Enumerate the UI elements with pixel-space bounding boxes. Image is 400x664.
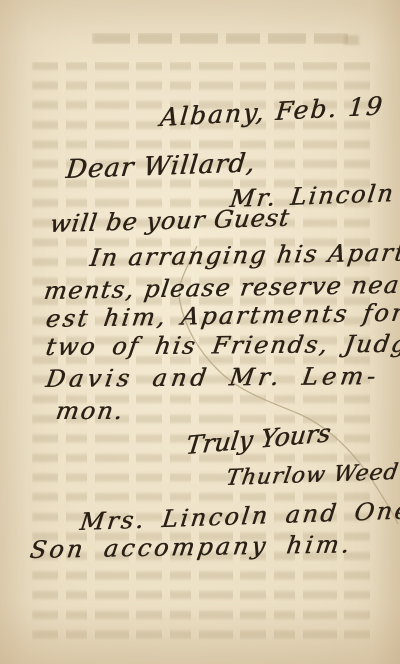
letter-postscript-line: Son accompany him. [28,530,354,564]
letter-body-line: In arranging his Apart- [88,238,400,272]
bleedthrough-heading-line [92,33,354,44]
letter-body-line: two of his Friends, Judge [44,330,400,361]
letter-body-line: Davis and Mr. Lem- [44,362,381,393]
scanned-letter-page: Albany, Feb. 19 Dear Willard, Mr. Lincol… [0,0,400,664]
letter-body-line: mon. [54,397,127,425]
bleedthrough-page-number [344,35,359,45]
